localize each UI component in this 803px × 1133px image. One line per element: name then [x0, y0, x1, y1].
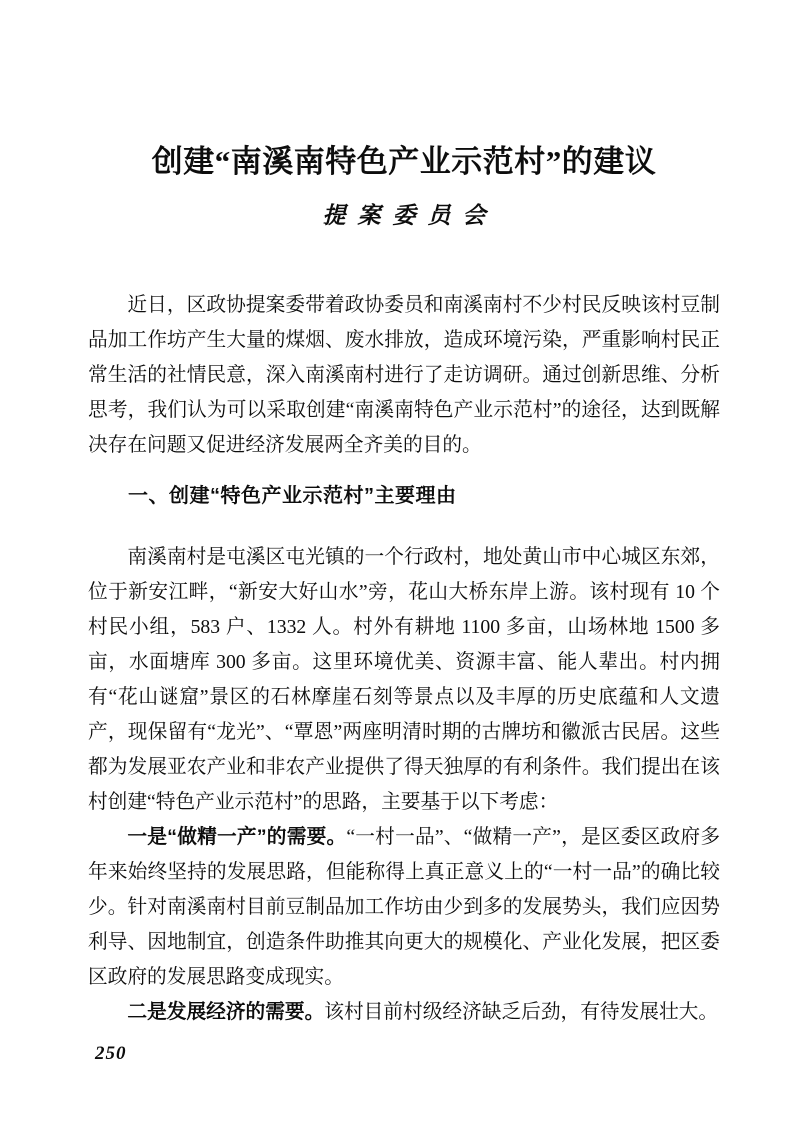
paragraph-village-overview: 南溪南村是屯溪区屯光镇的一个行政村，地处黄山市中心城区东郊，位于新安江畔，“新安…	[88, 540, 720, 820]
paragraph-point-1: 一是“做精一产”的需要。“一村一品”、“做精一产”，是区委区政府多年来始终坚持的…	[88, 820, 720, 995]
paragraph-point-2: 二是发展经济的需要。该村目前村级经济缺乏后劲，有待发展壮大。	[88, 995, 720, 1030]
document-page: 创建“南溪南特色产业示范村”的建议 提案委员会 近日，区政协提案委带着政协委员和…	[0, 0, 803, 1133]
paragraph-intro: 近日，区政协提案委带着政协委员和南溪南村不少村民反映该村豆制品加工作坊产生大量的…	[88, 288, 720, 463]
document-title: 创建“南溪南特色产业示范村”的建议	[88, 142, 720, 182]
point-1-lead: 一是“做精一产”的需要。	[127, 826, 346, 848]
document-content: 创建“南溪南特色产业示范村”的建议 提案委员会 近日，区政协提案委带着政协委员和…	[88, 142, 720, 1030]
point-1-text: “一村一品”、“做精一产”，是区委区政府多年来始终坚持的发展思路，但能称得上真正…	[88, 826, 720, 988]
point-2-lead: 二是发展经济的需要。	[127, 1001, 324, 1023]
page-number: 250	[95, 1043, 127, 1065]
document-byline: 提案委员会	[88, 200, 720, 232]
section-heading-1: 一、创建“特色产业示范村”主要理由	[88, 479, 720, 514]
point-2-text: 该村目前村级经济缺乏后劲，有待发展壮大。	[324, 1001, 718, 1023]
